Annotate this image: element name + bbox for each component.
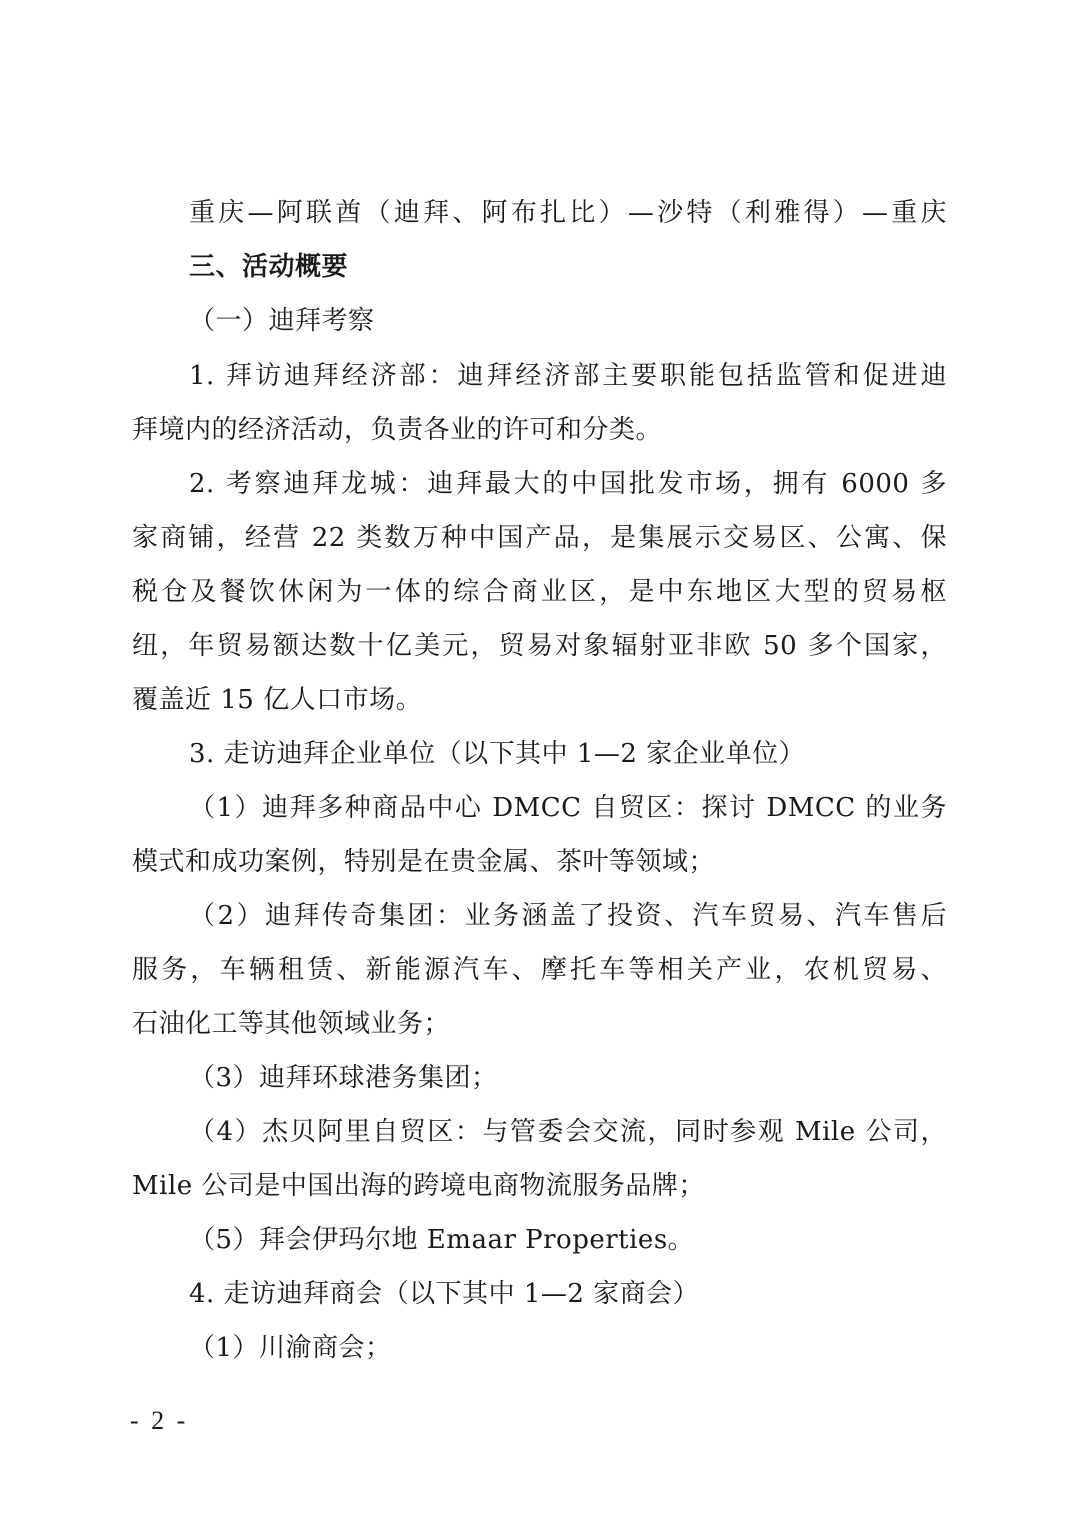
list-item-line: （1）迪拜多种商品中心 DMCC 自贸区：探讨 DMCC 的业务 bbox=[189, 791, 947, 825]
page-number: - 2 - bbox=[130, 1404, 188, 1438]
list-item-line: （1）川渝商会； bbox=[189, 1331, 947, 1365]
document-page: 重庆—阿联酋（迪拜、阿布扎比）—沙特（利雅得）—重庆 三、活动概要 （一）迪拜考… bbox=[0, 0, 1080, 1527]
list-item-line: 模式和成功案例，特别是在贵金属、茶叶等领域； bbox=[132, 845, 947, 879]
section-heading: 三、活动概要 bbox=[189, 250, 947, 284]
paragraph-line: 拜境内的经济活动，负责各业的许可和分类。 bbox=[132, 413, 947, 447]
paragraph-line: 纽，年贸易额达数十亿美元，贸易对象辐射亚非欧 50 多个国家， bbox=[132, 629, 947, 663]
list-item-line: （2）迪拜传奇集团：业务涵盖了投资、汽车贸易、汽车售后 bbox=[189, 899, 947, 933]
paragraph-line: 2. 考察迪拜龙城：迪拜最大的中国批发市场，拥有 6000 多 bbox=[189, 467, 947, 501]
list-item-line: （3）迪拜环球港务集团； bbox=[189, 1061, 947, 1095]
paragraph-line: 4. 走访迪拜商会（以下其中 1—2 家商会） bbox=[189, 1277, 947, 1311]
list-item-line: 石油化工等其他领域业务； bbox=[132, 1007, 947, 1041]
route-line: 重庆—阿联酋（迪拜、阿布扎比）—沙特（利雅得）—重庆 bbox=[189, 196, 947, 230]
paragraph-line: 1. 拜访迪拜经济部：迪拜经济部主要职能包括监管和促进迪 bbox=[189, 359, 947, 393]
subsection-heading: （一）迪拜考察 bbox=[189, 304, 947, 338]
list-item-line: 服务，车辆租赁、新能源汽车、摩托车等相关产业，农机贸易、 bbox=[132, 953, 947, 987]
paragraph-line: 3. 走访迪拜企业单位（以下其中 1—2 家企业单位） bbox=[189, 737, 947, 771]
paragraph-line: 家商铺，经营 22 类数万种中国产品，是集展示交易区、公寓、保 bbox=[132, 521, 947, 555]
list-item-line: （5）拜会伊玛尔地 Emaar Properties。 bbox=[189, 1223, 947, 1257]
paragraph-line: 税仓及餐饮休闲为一体的综合商业区，是中东地区大型的贸易枢 bbox=[132, 575, 947, 609]
list-item-line: Mile 公司是中国出海的跨境电商物流服务品牌； bbox=[132, 1169, 947, 1203]
list-item-line: （4）杰贝阿里自贸区：与管委会交流，同时参观 Mile 公司， bbox=[189, 1115, 947, 1149]
paragraph-line: 覆盖近 15 亿人口市场。 bbox=[132, 683, 947, 717]
